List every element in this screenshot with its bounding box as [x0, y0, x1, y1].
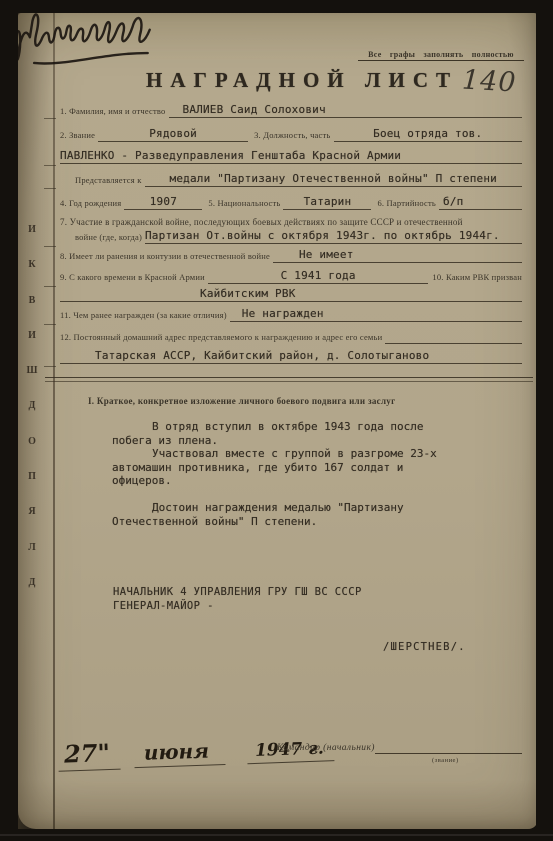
field-3-label: 3. Должность, часть — [248, 130, 333, 142]
field-4-label: 4. Год рождения — [60, 198, 124, 210]
field-3-line-2: ПАВЛЕНКО - Разведуправления Генштаба Кра… — [60, 149, 522, 164]
field-1-value: ВАЛИЕВ Саид Солохович — [169, 103, 326, 117]
field-2-value: Рядовой — [149, 127, 197, 141]
field-11-value: Не награжден — [230, 307, 324, 321]
signer-title-line1: НАЧАЛЬНИК 4 УПРАВЛЕНИЯ ГРУ ГШ ВС СССР — [113, 585, 362, 599]
field-6-value: б/п — [439, 195, 463, 209]
scanned-award-sheet: И К В И Ш Д О П Я Л Д Все графы заполнят… — [0, 0, 553, 841]
field-7-value: Партизан От.войны с октября 1943г. по ок… — [145, 229, 500, 243]
feat-paragraph-1: В отряд вступил в октябре 1943 года посл… — [112, 420, 464, 447]
field-2-line: Рядовой — [98, 127, 248, 142]
field-10-label: 10. Каким РВК призван — [428, 272, 522, 284]
field-row-presented-for: Представляется к медали "Партизану Отече… — [75, 172, 522, 187]
field-10-line: Кайбитским РВК — [60, 287, 522, 302]
field-7-label-line2: войне (где, когда) — [75, 232, 145, 244]
section-1-heading: I. Краткое, конкретное изложение личного… — [88, 396, 396, 406]
scan-seam-line — [0, 834, 553, 836]
field-row-wounds: 8. Имеет ли ранения и контузии в отечест… — [60, 248, 522, 263]
rank-hint-label: (звание) — [432, 757, 459, 764]
presented-for-value: медали "Партизану Отечественной войны" П… — [170, 172, 497, 186]
field-3-value: Боец отряда тов. — [373, 127, 482, 141]
fill-all-fields-note: Все графы заполнять полностью — [358, 50, 524, 61]
field-4-line: 1907 — [124, 195, 202, 210]
field-row-home-address-value: Татарская АССР, Кайбитский район, д. Сол… — [60, 349, 522, 364]
scan-border-top — [0, 0, 553, 13]
field-row-rank-unit: 2. Звание Рядовой 3. Должность, часть Бо… — [60, 127, 522, 142]
field-row-name: 1. Фамилия, имя и отчество ВАЛИЕВ Саид С… — [60, 103, 522, 118]
field-3-value-continuation: ПАВЛЕНКО - Разведуправления Генштаба Кра… — [60, 149, 401, 163]
presented-for-label: Представляется к — [75, 175, 145, 187]
field-7-label-line1: 7. Участие в гражданской войне, последую… — [60, 217, 463, 227]
field-row-army-since: 9. С какого времени в Красной Армии С 19… — [60, 269, 522, 284]
field-3-line: Боец отряда тов. — [334, 127, 523, 142]
field-7-line: Партизан От.войны с октября 1943г. по ок… — [145, 229, 522, 244]
signer-surname: /ШЕРСТНЕВ/. — [383, 641, 466, 653]
commander-signature-line — [375, 742, 522, 754]
field-5-value: Татарин — [304, 195, 352, 209]
field-5-line: Татарин — [283, 195, 371, 210]
feat-paragraph-2: Участвовал вместе с группой в разгроме 2… — [112, 447, 464, 488]
field-12-value: Татарская АССР, Кайбитский район, д. Сол… — [60, 349, 429, 363]
field-10-value: Кайбитским РВК — [60, 287, 296, 301]
field-1-label: 1. Фамилия, имя и отчество — [60, 106, 169, 118]
field-row-unit-continuation: ПАВЛЕНКО - Разведуправления Генштаба Кра… — [60, 149, 522, 164]
field-6-label: 6. Партийность — [371, 198, 439, 210]
section-separator-line — [45, 377, 533, 378]
field-12-label: 12. Постоянный домашний адрес представля… — [60, 332, 385, 344]
field-row-birth-nationality-party: 4. Год рождения 1907 5. Национальность Т… — [60, 195, 522, 210]
date-day: 27" — [58, 738, 121, 772]
field-9-line: С 1941 года — [208, 269, 429, 284]
field-8-line: Не имеет — [273, 248, 522, 263]
document-content: Все графы заполнять полностью НАГРАДНОЙ … — [0, 0, 553, 841]
field-row-previous-awards: 11. Чем ранее награжден (за какие отличи… — [60, 307, 522, 322]
scan-border-right — [536, 0, 553, 841]
document-title: НАГРАДНОЙ ЛИСТ — [146, 68, 458, 93]
field-6-line: б/п — [439, 195, 522, 210]
signer-title-block: НАЧАЛЬНИК 4 УПРАВЛЕНИЯ ГРУ ГШ ВС СССР ГЕ… — [113, 585, 362, 613]
scan-border-left — [0, 0, 18, 841]
commander-signature-row: Командир (начальник) — [277, 742, 522, 754]
presented-for-line: медали "Партизану Отечественной войны" П… — [145, 172, 522, 187]
field-2-label: 2. Звание — [60, 130, 98, 142]
field-4-value: 1907 — [150, 195, 177, 209]
field-1-line: ВАЛИЕВ Саид Солохович — [169, 103, 522, 118]
field-5-label: 5. Национальность — [202, 198, 283, 210]
field-11-line: Не награжден — [230, 307, 522, 322]
field-row-rvk: Кайбитским РВК — [60, 287, 522, 302]
field-9-value: С 1941 года — [281, 269, 356, 283]
field-8-label: 8. Имеет ли ранения и контузии в отечест… — [60, 251, 273, 263]
field-11-label: 11. Чем ранее награжден (за какие отличи… — [60, 310, 230, 322]
date-month: июня — [134, 738, 226, 768]
commander-label: Командир (начальник) — [277, 743, 375, 754]
field-row-war-participation: войне (где, когда) Партизан От.войны с о… — [75, 229, 522, 244]
field-9-label: 9. С какого времени в Красной Армии — [60, 272, 208, 284]
section-separator-line-2 — [45, 381, 533, 382]
feat-paragraph-3: Достоин награждения медалью "Партизану О… — [112, 501, 464, 528]
feat-description: В отряд вступил в октябре 1943 года посл… — [112, 420, 464, 528]
field-12-line-1 — [385, 329, 522, 344]
field-12-line-2: Татарская АССР, Кайбитский район, д. Сол… — [60, 349, 522, 364]
field-row-home-address-label: 12. Постоянный домашний адрес представля… — [60, 329, 522, 344]
signer-title-line2: ГЕНЕРАЛ-МАЙОР - — [113, 599, 362, 613]
field-8-value: Не имеет — [273, 248, 354, 262]
handwritten-page-number: 140 — [461, 65, 517, 99]
